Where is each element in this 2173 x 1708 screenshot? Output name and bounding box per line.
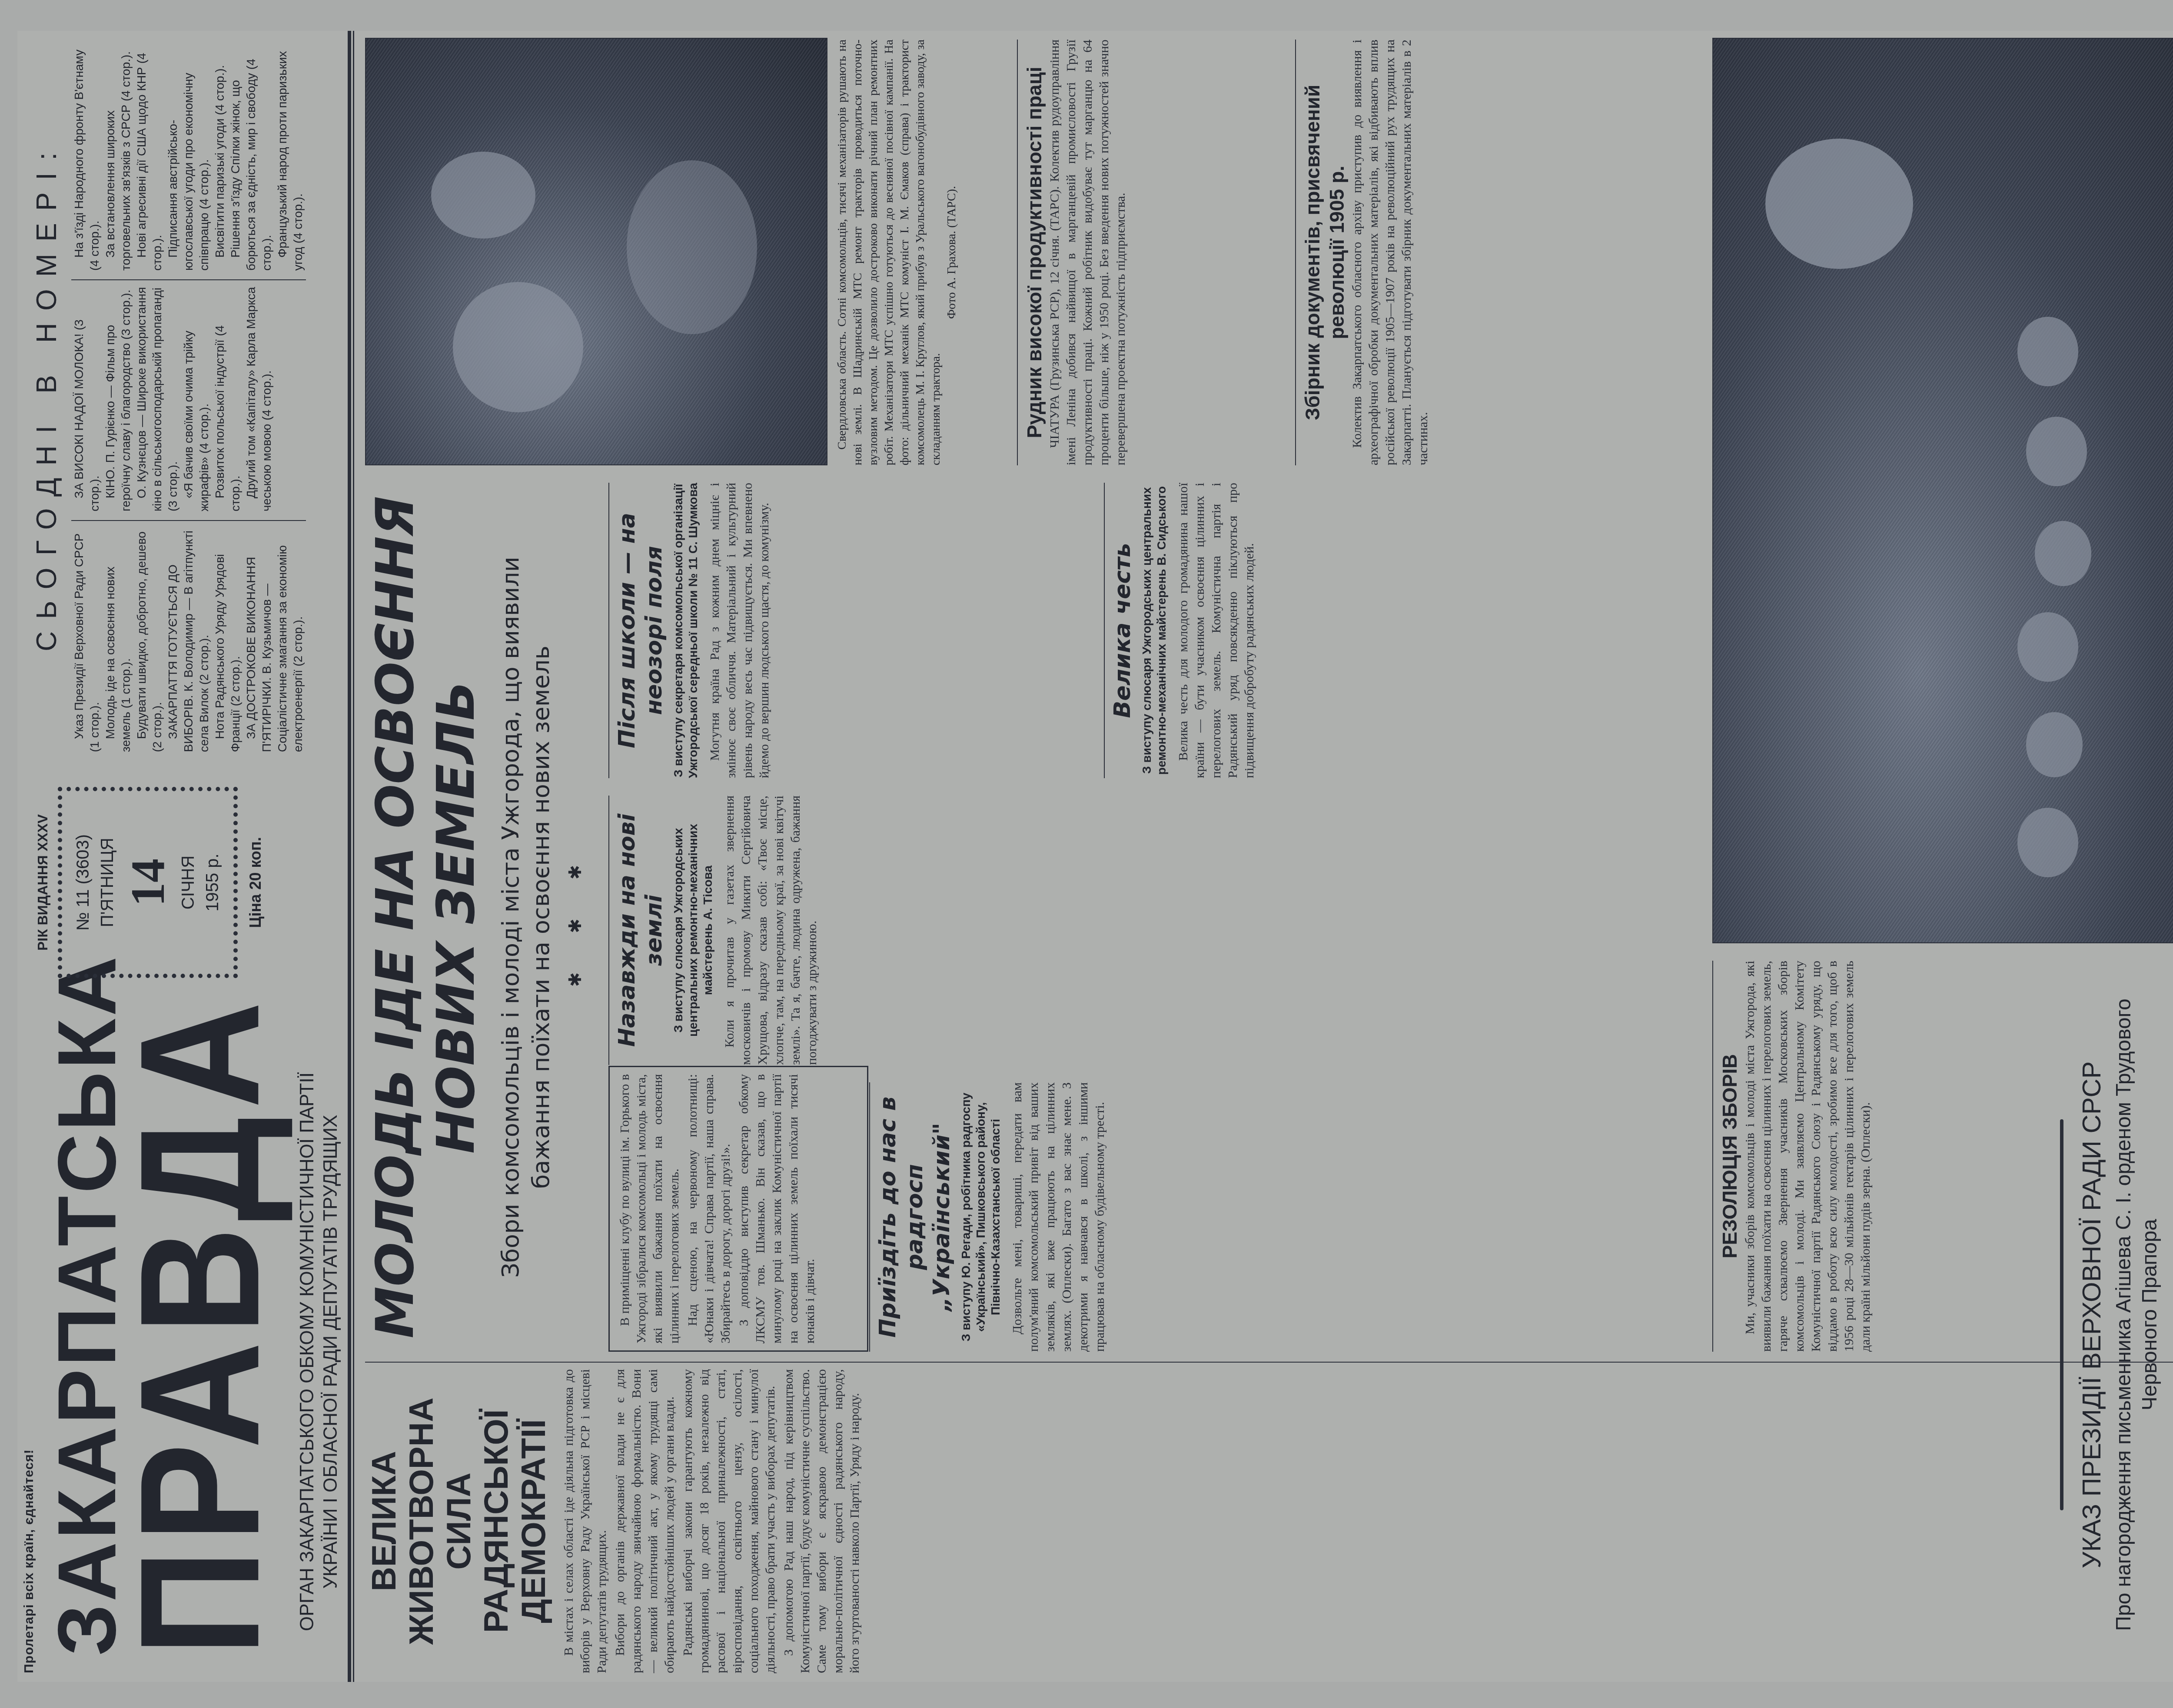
photo-credit: Фото А. Грахова. (ТАРС). [944, 40, 960, 465]
lead-body-box: В приміщенні клубу по вулиці ім. Горьког… [608, 1066, 868, 1352]
paragraph: О. Кузнєцов — Широке використання кіно в… [134, 286, 181, 511]
article-body: ЧІАТУРА (Грузинська РСР), 12 січня. (ТАР… [1047, 40, 1131, 465]
article: Велика честьЗ виступу слюсаря Ужгородськ… [1104, 483, 1700, 778]
article-byline: З виступу слюсаря Ужгородських центральн… [1140, 483, 1169, 778]
newspaper-sheet: Пролетарі всіх країн, єднайтеся! ЗАКАРПА… [17, 31, 2173, 1682]
article-title: Приїздіть до нас в радгосп „Український" [874, 1082, 955, 1352]
today-heading: СЬОГОДНІ В НОМЕРІ: [30, 40, 63, 752]
paragraph: Висвітити паризькі угоди (4 стор.). [212, 46, 228, 271]
paragraph: Будувати швидко, добротно, дешево (2 сто… [134, 527, 165, 752]
today-col-1: Указ Президії Верховної Ради СРСР (1 сто… [71, 520, 306, 752]
article-body: Ми, учасники зборів комсомольців і молод… [1742, 961, 1876, 1352]
editorial: ВЕЛИКА ЖИВОТВОРНА СИЛА РАДЯНСЬКОЇ ДЕМОКР… [365, 1369, 2173, 1673]
photo-figure [2026, 712, 2083, 777]
paragraph: Французький народ проти паризьких угод (… [275, 46, 306, 271]
paragraph: ЗА ВИСОКІ НАДОЇ МОЛОКА! (3 стор.). [71, 286, 103, 511]
article-title: Велика честь [1109, 483, 1136, 778]
photo-figure [2017, 612, 2078, 682]
masthead-organ: ОРГАН ЗАКАРПАТСЬКОГО ОБКОМУ КОМУНІСТИЧНО… [296, 1048, 342, 1656]
meeting-hall-photo [1712, 38, 2173, 943]
article: Рудник високої продуктивності праціЧІАТУ… [1017, 40, 1283, 465]
editorial-title: ВЕЛИКА ЖИВОТВОРНА СИЛА РАДЯНСЬКОЇ ДЕМОКР… [365, 1369, 552, 1673]
photo-figure [2035, 521, 2091, 586]
photo-figure [2026, 417, 2087, 486]
photo-speaker [1765, 139, 1913, 269]
issue-year-date: 1955 р. [200, 796, 225, 969]
masthead-title-line2: ПРАВДА [117, 994, 282, 1656]
issue-month: СІЧНЯ [176, 796, 200, 969]
photo-caption-text: Свердловська область. Сотні комсомольців… [834, 40, 944, 465]
paragraph: ЗАКАРПАТТЯ ГОТУЄТЬСЯ ДО ВИБОРІВ. К. Воло… [165, 527, 212, 752]
paragraph: Вибори до органів державної влади не є д… [612, 1369, 678, 1673]
tractor-photo-caption: Свердловська область. Сотні комсомольців… [834, 40, 960, 465]
editorial-body: В містах і селах області іде діяльна під… [561, 1369, 2173, 1673]
today-col-3: На з'їзді Народного фронту В'єтнаму (4 с… [71, 40, 306, 271]
article-body: Коли я прочитав у газетах звернення моск… [721, 796, 822, 1065]
article-title: Після школи — на неозорі поля [614, 483, 668, 778]
paragraph: Нота Радянського Уряду Урядові Франції (… [212, 527, 243, 752]
paragraph: ЗА ДОСТРОКОВЕ ВИКОНАННЯ П'ЯТИРІЧКИ. В. К… [243, 527, 306, 752]
photo-wheel [627, 160, 757, 334]
issue-year: РІК ВИДАННЯ XXXV [35, 761, 51, 1004]
lead-article: МОЛОДЬ ІДЕ НА ОСВОЄННЯ НОВИХ ЗЕМЕЛЬ Збор… [365, 483, 585, 1352]
issue-info: РІК ВИДАННЯ XXXV № 11 (3603) П'ЯТНИЦЯ 14… [35, 761, 265, 1004]
masthead-divider [348, 31, 351, 1682]
tractor-workshop-photo [365, 38, 827, 465]
article: Збірник документів, присвячений революці… [1295, 40, 1700, 465]
paragraph: «Я бачив своїми очима трійку жирафів» (4… [181, 286, 212, 511]
motto: Пролетарі всіх країн, єднайтеся! [22, 1449, 37, 1673]
paragraph: В містах і селах області іде діяльна під… [561, 1369, 610, 1673]
lead-title-line1: МОЛОДЬ ІДЕ НА ОСВОЄННЯ [365, 483, 426, 1352]
lead-subtitle: Збори комсомольців і молоді міста Ужгоро… [495, 535, 556, 1300]
photo-figure [2017, 808, 2078, 877]
paragraph: Радянські виборчі закони гарантують кожн… [680, 1369, 779, 1673]
article-text: Колектив Закарпатського обласного архіву… [1349, 40, 1432, 465]
article-body: Могутня країна Рад з кожним днем міцніє … [707, 483, 774, 778]
article: РЕЗОЛЮЦІЯ ЗБОРІВМи, учасники зборів комс… [1712, 961, 2048, 1352]
paragraph: Рішення з'їзду Спілки жінок, що борються… [228, 46, 275, 271]
paragraph: За встановлення широких торговельних зв'… [103, 46, 134, 271]
decree-title: УКАЗ ПРЕЗИДІЇ ВЕРХОВНОЇ РАДИ СРСР [2077, 956, 2107, 1673]
paragraph: На з'їзді Народного фронту В'єтнаму (4 с… [71, 46, 103, 271]
paragraph: Розвиток польської індустрії (4 стор.). [212, 286, 243, 511]
photo-figure [2017, 317, 2078, 386]
paragraph: Нові агресивні дії США щодо КНР (4 стор.… [134, 46, 165, 271]
article-text: Могутня країна Рад з кожним днем міцніє … [707, 483, 773, 778]
paragraph: КІНО. П. Гурієнко — Фільм про героїчну с… [103, 286, 134, 511]
article: Приїздіть до нас в радгосп „Український"… [869, 1082, 1700, 1352]
paragraph: Підписання австрійсько-югославської угод… [165, 46, 212, 271]
paragraph: З допомогою Рад наш народ, під керівницт… [781, 1369, 863, 1673]
column-rule [365, 1362, 2173, 1363]
article-title: Рудник високої продуктивності праці [1022, 40, 1047, 465]
paragraph: Над сценою, на червоному полотнищі: «Юна… [684, 1074, 734, 1343]
photo-figure [453, 282, 583, 412]
issue-price: Ціна 20 коп. [246, 761, 265, 1004]
paragraph: Другий том «Капіталу» Карла Маркса чеськ… [243, 286, 275, 511]
issue-day: 14 [120, 796, 176, 969]
article-text: Дозвольте мені, товариші, передати вам п… [1009, 1082, 1108, 1352]
article-text: Коли я прочитав у газетах звернення моск… [721, 796, 821, 1065]
article-title: Збірник документів, присвячений революці… [1300, 40, 1349, 465]
paragraph: З доповіддю виступив секретар обкому ЛКС… [736, 1074, 818, 1343]
article-text: Велика честь для молодого громадянина на… [1175, 483, 1258, 778]
article-text: Ми, учасники зборів комсомольців і молод… [1742, 961, 1874, 1352]
issue-number: № 11 (3603) [71, 796, 95, 969]
article: Після школи — на неозорі поляЗ виступу с… [608, 483, 1092, 778]
photo-figure [431, 152, 535, 239]
today-col-2: ЗА ВИСОКІ НАДОЇ МОЛОКА! (3 стор.).КІНО. … [71, 279, 306, 511]
decree: УКАЗ ПРЕЗИДІЇ ВЕРХОВНОЇ РАДИ СРСР Про на… [2060, 956, 2173, 1673]
article-title: Назавжди на нові землі [614, 796, 668, 1065]
decree-divider [2060, 1119, 2063, 1510]
newspaper-page: Пролетарі всіх країн, єднайтеся! ЗАКАРПА… [0, 0, 2173, 1708]
article: Назавжди на нові земліЗ виступу слюсаря … [608, 796, 1700, 1065]
decree-subtitle: Про нагородження письменника Агішева С. … [2111, 956, 2163, 1673]
issue-weekday: П'ЯТНИЦЯ [95, 796, 120, 969]
issue-date-box: № 11 (3603) П'ЯТНИЦЯ 14 СІЧНЯ 1955 р. [58, 787, 238, 978]
article-body: Велика честь для молодого громадянина на… [1175, 483, 1259, 778]
paragraph: Молодь іде на освоєння нових земель (1 с… [103, 527, 134, 752]
article-byline: З виступу слюсаря Ужгородських центральн… [671, 796, 715, 1065]
paragraph: Указ Президії Верховної Ради СРСР (1 сто… [71, 527, 103, 752]
article-byline: З виступу секретаря комсомольської орган… [671, 483, 701, 778]
article-body: Колектив Закарпатського обласного архіву… [1349, 40, 1433, 465]
article-byline: З виступу Ю. Регади, робітника радгоспу … [959, 1082, 1003, 1352]
ornament-divider: ✱ ✱ ✱ [565, 483, 585, 1352]
article-title: РЕЗОЛЮЦІЯ ЗБОРІВ [1718, 961, 1742, 1352]
masthead-divider-thin [353, 31, 354, 1682]
article-text: ЧІАТУРА (Грузинська РСР), 12 січня. (ТАР… [1047, 40, 1129, 465]
today-in-issue: СЬОГОДНІ В НОМЕРІ: Указ Президії Верховн… [30, 40, 306, 752]
paragraph: В приміщенні клубу по вулиці ім. Горьког… [617, 1074, 683, 1343]
lead-title-line2: НОВИХ ЗЕМЕЛЬ [426, 483, 487, 1352]
article-body: Дозвольте мені, товариші, передати вам п… [1009, 1082, 1110, 1352]
